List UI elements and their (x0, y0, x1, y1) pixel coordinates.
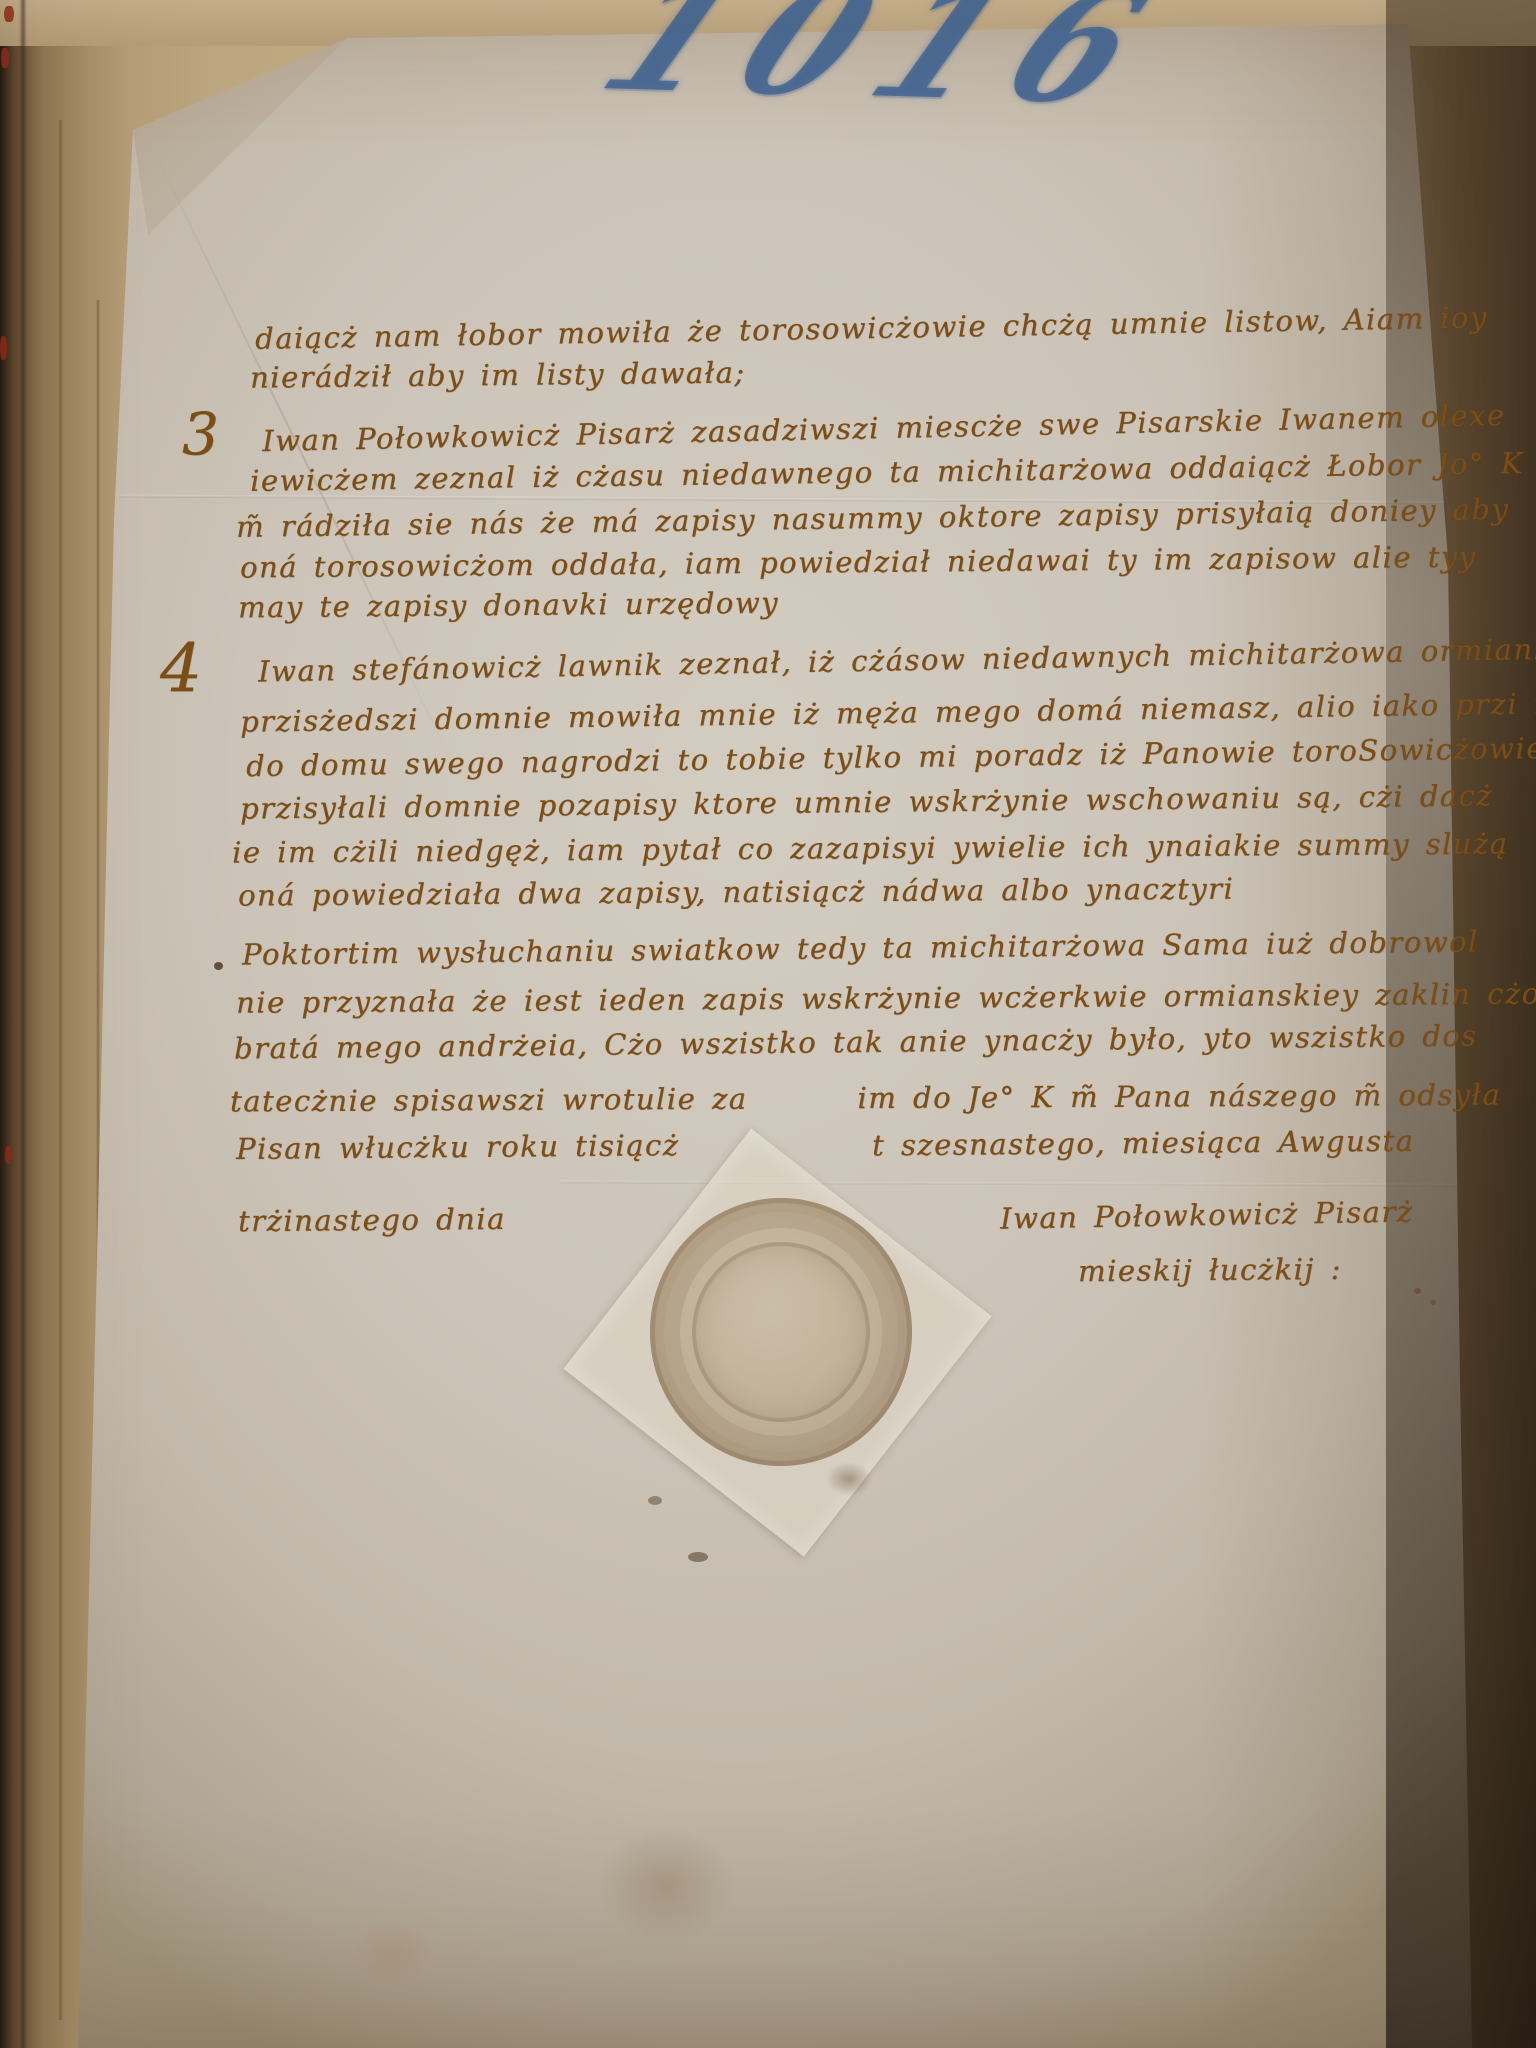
paper-stain (352, 1918, 434, 1988)
text-line: nierádził aby im listy dawała; (250, 355, 746, 394)
seal-smudge (826, 1462, 872, 1496)
text-line: tatecżnie spisawszi wrotulie za im do Je… (230, 1078, 1501, 1119)
date-line-right: t szesnastego, miesiąca Awgusta (872, 1124, 1415, 1163)
margin-number-4: 4 (160, 630, 202, 707)
date-line-left: Pisan włucżku roku tisiącż (236, 1128, 680, 1166)
signature-line: mieskij łucżkij : (1078, 1252, 1342, 1288)
red-speck (0, 336, 7, 360)
red-speck (5, 1146, 12, 1164)
seal-speck (688, 1552, 708, 1562)
ink-dot (1430, 1300, 1436, 1305)
text-line: may te zapisy donavki urzędowy (238, 586, 779, 625)
seal-inner-ring (692, 1242, 870, 1422)
red-speck (4, 6, 14, 22)
margin-number-3: 3 (182, 400, 219, 468)
ink-dot (1414, 1288, 1421, 1294)
text-line: oná powiedziała dwa zapisy, natisiącż ná… (238, 872, 1234, 913)
horizontal-crease (560, 1180, 1460, 1186)
paper-stain (596, 1826, 736, 1944)
binding-seam (19, 0, 27, 2048)
seal-speck (648, 1496, 662, 1505)
binding-seam (58, 120, 63, 2020)
signature-line: Iwan Połowkowicż Pisarż (1000, 1194, 1414, 1235)
manuscript-photo: 1016 daiącż nam łobor mowiła że torosowi… (0, 0, 1536, 2048)
date-line2-left: trżinastego dnia (238, 1202, 506, 1238)
folio-number: 1016 (576, 0, 1204, 138)
ink-dot (214, 962, 223, 970)
red-speck (1, 48, 9, 68)
